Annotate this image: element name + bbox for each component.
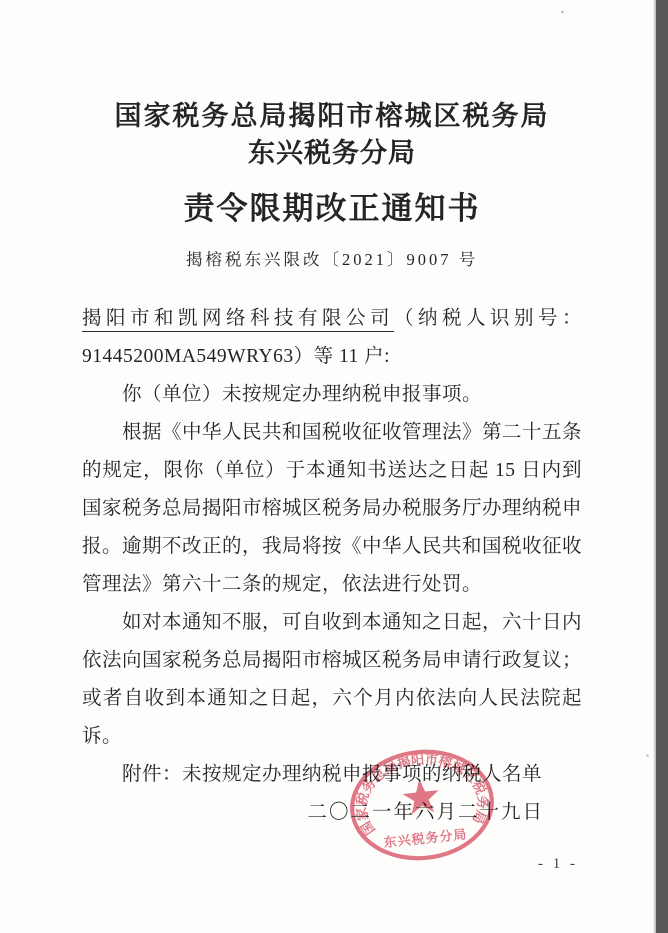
page-number: - 1 - bbox=[538, 856, 578, 873]
scanned-document-page: 国家税务总局揭阳市榕城区税务局 东兴税务分局 责令限期改正通知书 揭榕税东兴限改… bbox=[0, 0, 668, 933]
paragraph-correction-order: 根据《中华人民共和国税收征收管理法》第二十五条的规定，限你（单位）于本通知书送达… bbox=[82, 414, 582, 604]
document-body: 揭阳市和凯网络科技有限公司（纳税人识别号：91445200MA549WRY63）… bbox=[82, 300, 582, 832]
addressee-line: 揭阳市和凯网络科技有限公司（纳税人识别号：91445200MA549WRY63）… bbox=[82, 300, 582, 376]
paragraph-appeal-rights: 如对本通知不服，可自收到本通知之日起，六十日内依法向国家税务总局揭阳市榕城区税务… bbox=[82, 604, 582, 756]
document-content: 国家税务总局揭阳市榕城区税务局 东兴税务分局 责令限期改正通知书 揭榕税东兴限改… bbox=[82, 98, 582, 832]
addressee-company-name: 揭阳市和凯网络科技有限公司 bbox=[82, 308, 394, 332]
issuing-authority-line1: 国家税务总局揭阳市榕城区税务局 bbox=[82, 98, 582, 135]
paragraph-violation: 你（单位）未按规定办理纳税申报事项。 bbox=[82, 376, 582, 414]
issue-date: 二〇二一年六月二十九日 bbox=[82, 794, 582, 832]
document-number: 揭榕税东兴限改〔2021〕9007 号 bbox=[82, 248, 582, 272]
document-title: 责令限期改正通知书 bbox=[82, 186, 582, 232]
scan-edge-band bbox=[656, 0, 668, 933]
scan-speck bbox=[561, 11, 564, 13]
scan-speck bbox=[646, 754, 649, 757]
issuing-authority-line2: 东兴税务分局 bbox=[82, 135, 582, 172]
attachment-line: 附件：未按规定办理纳税申报事项的纳税人名单 bbox=[82, 756, 582, 794]
